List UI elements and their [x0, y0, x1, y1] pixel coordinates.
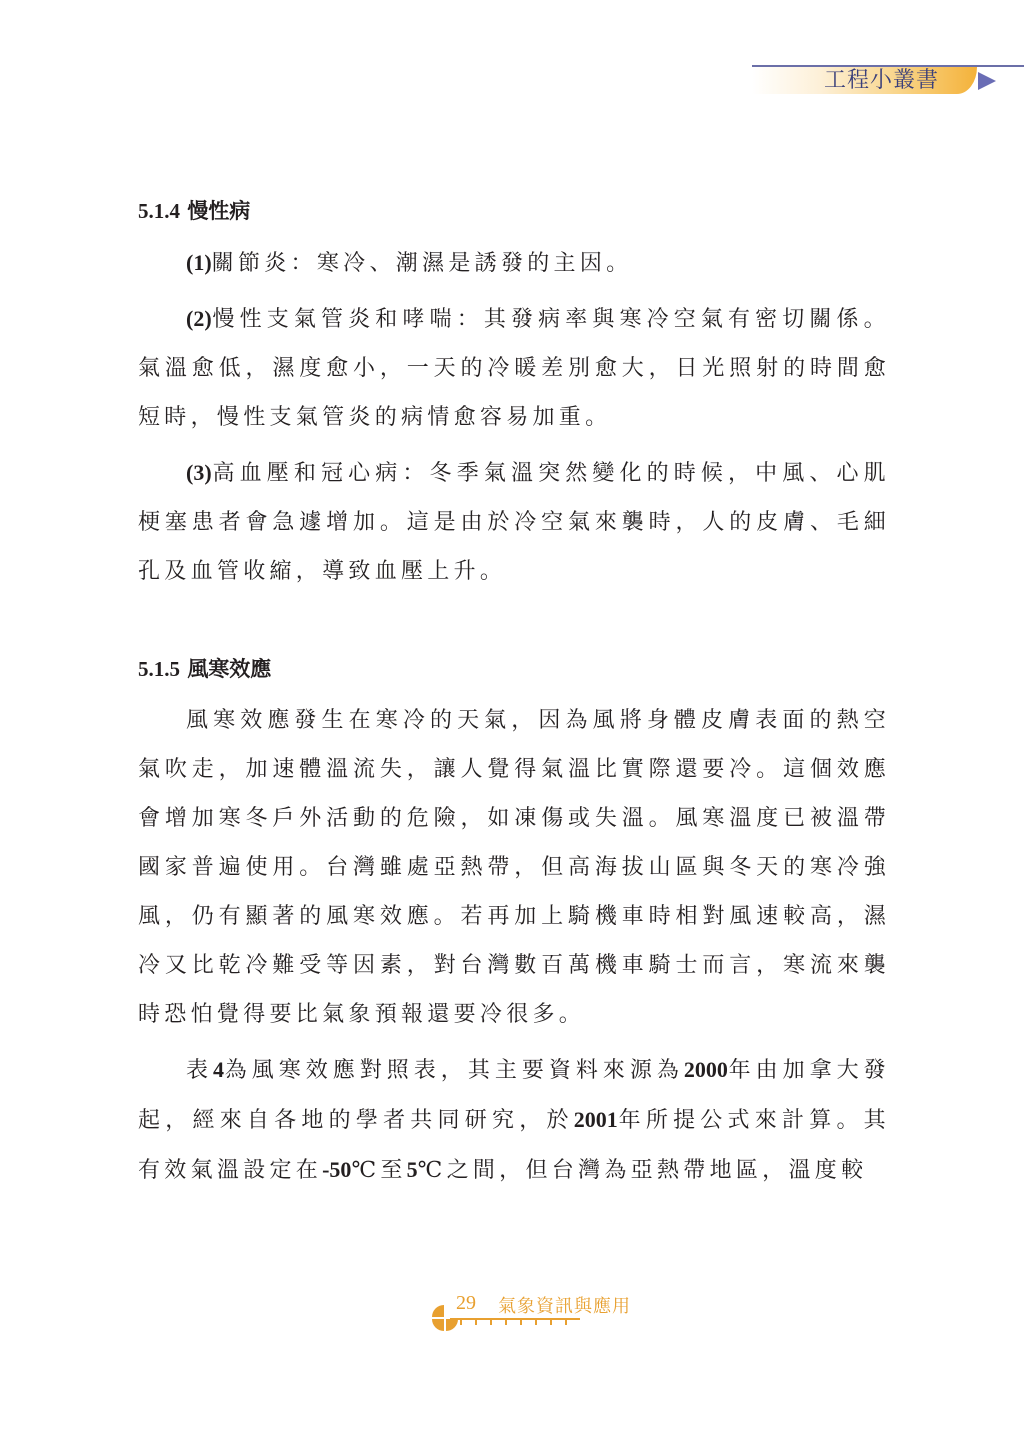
section-heading-5-1-4: 5.1.4 慢性病	[138, 196, 890, 226]
right-triangle-arrow-icon	[978, 72, 996, 90]
list-marker: (3)	[186, 460, 212, 485]
paragraph-hypertension: (3)高血壓和冠心病：冬季氣溫突然變化的時候，中風、心肌梗塞患者會急遽增加。這是…	[138, 448, 890, 596]
text-segment: 表	[186, 1058, 213, 1083]
paragraph-table-reference: 表4為風寒效應對照表，其主要資料來源為2000年由加拿大發起，經來自各地的學者共…	[138, 1045, 890, 1195]
temperature-value: -50	[322, 1157, 351, 1182]
paragraph-text: 關節炎：寒冷、潮濕是誘發的主因。	[212, 251, 633, 276]
section-heading-5-1-5: 5.1.5 風寒效應	[138, 654, 890, 684]
quarter-circle-logo-icon	[430, 1303, 458, 1331]
page-number: 29	[456, 1292, 476, 1315]
list-marker: (2)	[186, 306, 212, 331]
year: 2001	[574, 1107, 618, 1132]
series-title: 工程小叢書	[824, 66, 939, 96]
year: 2000	[684, 1057, 728, 1082]
section-number: 5.1.4	[138, 199, 180, 223]
page-footer: 29 氣象資訊與應用	[430, 1295, 650, 1335]
text-segment: ℃之間，但台灣為亞熱帶地區，溫度較	[418, 1158, 868, 1183]
book-title: 氣象資訊與應用	[498, 1292, 631, 1318]
section-title: 風寒效應	[187, 656, 271, 681]
paragraph-text: 風寒效應發生在寒冷的天氣，因為風將身體皮膚表面的熱空氣吹走，加速體溫流失，讓人覺…	[138, 708, 890, 1027]
paragraph-wind-chill: 風寒效應發生在寒冷的天氣，因為風將身體皮膚表面的熱空氣吹走，加速體溫流失，讓人覺…	[138, 696, 890, 1039]
text-segment: ℃至	[351, 1158, 406, 1183]
page-body: 5.1.4 慢性病 (1)關節炎：寒冷、潮濕是誘發的主因。 (2)慢性支氣管炎和…	[138, 196, 890, 1195]
paragraph-text: 高血壓和冠心病：冬季氣溫突然變化的時候，中風、心肌梗塞患者會急遽增加。這是由於冷…	[138, 461, 890, 584]
text-segment: 為風寒效應對照表，其主要資料來源為	[224, 1058, 684, 1083]
paragraph-text: 慢性支氣管炎和哮喘：其發病率與寒冷空氣有密切關係。氣溫愈低，濕度愈小，一天的冷暖…	[138, 307, 890, 430]
temperature-value: 5	[407, 1157, 418, 1182]
section-number: 5.1.5	[138, 657, 180, 681]
list-marker: (1)	[186, 250, 212, 275]
table-number: 4	[213, 1057, 224, 1082]
paragraph-arthritis: (1)關節炎：寒冷、潮濕是誘發的主因。	[138, 238, 890, 288]
section-title: 慢性病	[187, 198, 250, 223]
paragraph-bronchitis: (2)慢性支氣管炎和哮喘：其發病率與寒冷空氣有密切關係。氣溫愈低，濕度愈小，一天…	[138, 294, 890, 442]
ruler-decoration-icon	[450, 1318, 580, 1326]
